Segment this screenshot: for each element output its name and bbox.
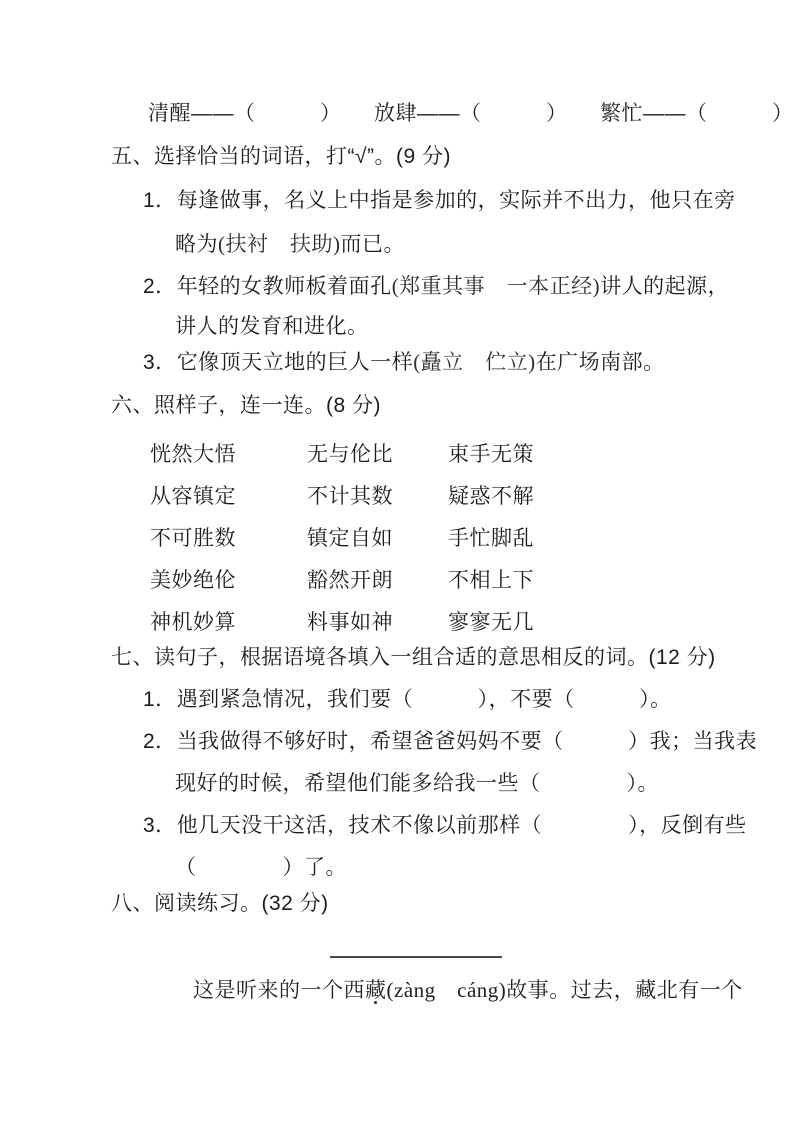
- match-row: 不可胜数 镇定自如 手忙脚乱: [150, 522, 650, 548]
- match-word: 不计其数: [307, 480, 393, 510]
- section8-heading: 八、阅读练习。(32 分): [111, 891, 329, 917]
- match-word: 束手无策: [448, 438, 534, 468]
- match-word: 不相上下: [448, 564, 534, 594]
- match-word: 无与伦比: [307, 438, 393, 468]
- match-word: 料事如神: [307, 606, 393, 636]
- item-number: 2．: [143, 729, 177, 755]
- item-text: 当我做得不够好时，希望爸爸妈妈不要（ ）我；当我表: [177, 730, 758, 753]
- match-word: 豁然开朗: [307, 564, 393, 594]
- match-word: 镇定自如: [307, 522, 393, 552]
- match-row: 美妙绝伦 豁然开朗 不相上下: [150, 564, 650, 590]
- section5-heading: 五、选择恰当的词语，打“√”。(9 分): [111, 144, 451, 170]
- item-text: 每逢做事，名义上中指是参加的，实际并不出力，他只在旁: [177, 189, 736, 212]
- item-text: 略为: [175, 233, 218, 256]
- item-number: 1．: [143, 188, 177, 214]
- item-text: 它像顶天立地的巨人一样: [177, 351, 414, 374]
- item-text: （ ）了。: [175, 856, 347, 879]
- item-number: 1．: [143, 687, 177, 713]
- section7-item2-line1: 2．当我做得不够好时，希望爸爸妈妈不要（ ）我；当我表: [143, 729, 757, 755]
- section6-heading: 六、照样子，连一连。(8 分): [111, 393, 381, 419]
- match-word: 恍然大悟: [150, 438, 236, 468]
- passage-title-blank-line: [330, 956, 502, 958]
- synonym-antonym-fill-line: 清醒——（ ） 放肆——（ ） 繁忙——（ ）: [148, 101, 793, 127]
- match-word: 从容镇定: [150, 480, 236, 510]
- word-choice-options: (郑重其事 一本正经): [392, 274, 601, 298]
- word-choice-options: (扶衬 扶助): [218, 232, 341, 256]
- pinyin-choice: (zàng cáng): [387, 978, 507, 1002]
- section5-item2-line2: 讲人的发育和进化。: [175, 314, 369, 340]
- section7-heading: 七、读句子，根据语境各填入一组合适的意思相反的词。(12 分): [111, 645, 716, 671]
- section7-item1-line: 1．遇到紧急情况，我们要（ ），不要（ ）。: [143, 687, 672, 713]
- item-text: 讲人的起源，: [600, 275, 729, 298]
- passage-text: 这是听来的一个西: [193, 978, 365, 1002]
- match-word: 不可胜数: [150, 522, 236, 552]
- item-text: 现好的时候，希望他们能多给我一些（ ）。: [175, 772, 659, 795]
- section5-item1-line1: 1．每逢做事，名义上中指是参加的，实际并不出力，他只在旁: [143, 188, 736, 214]
- item-text: 讲人的发育和进化。: [175, 315, 369, 338]
- word-choice-options: (矗立 伫立): [413, 350, 536, 374]
- section7-item3-line2: （ ）了。: [175, 855, 347, 881]
- item-number: 3．: [143, 350, 177, 376]
- item-text: 而已。: [341, 233, 406, 256]
- section5-item3-line: 3．它像顶天立地的巨人一样(矗立 伫立)在广场南部。: [143, 349, 665, 376]
- section5-item1-line2: 略为(扶衬 扶助)而已。: [175, 231, 405, 258]
- section7-item3-line1: 3．他几天没干这活，技术不像以前那样（ ），反倒有些: [143, 813, 747, 839]
- match-word: 美妙绝伦: [150, 564, 236, 594]
- match-row: 恍然大悟 无与伦比 束手无策: [150, 438, 650, 464]
- match-word: 疑惑不解: [448, 480, 534, 510]
- worksheet-page: 清醒——（ ） 放肆——（ ） 繁忙——（ ） 五、选择恰当的词语，打“√”。(…: [0, 0, 793, 1122]
- item-text: 在广场南部。: [536, 351, 665, 374]
- match-row: 从容镇定 不计其数 疑惑不解: [150, 480, 650, 506]
- passage-text: 故事。过去，藏北有一个: [506, 978, 743, 1002]
- match-word: 手忙脚乱: [448, 522, 534, 552]
- item-text: 遇到紧急情况，我们要（ ），不要（ ）。: [177, 688, 672, 711]
- item-number: 3．: [143, 813, 177, 839]
- item-text: 年轻的女教师板着面孔: [177, 275, 392, 298]
- item-text: 他几天没干这活，技术不像以前那样（ ），反倒有些: [177, 814, 747, 837]
- passage-first-line: 这是听来的一个西藏(zàng cáng)故事。过去，藏北有一个: [193, 977, 743, 1003]
- emphasized-character: 藏: [365, 977, 387, 1003]
- item-number: 2．: [143, 274, 177, 300]
- match-word: 寥寥无几: [448, 606, 534, 636]
- section7-item2-line2: 现好的时候，希望他们能多给我一些（ ）。: [175, 771, 659, 797]
- section5-item2-line1: 2．年轻的女教师板着面孔(郑重其事 一本正经)讲人的起源，: [143, 273, 729, 300]
- match-word: 神机妙算: [150, 606, 236, 636]
- match-row: 神机妙算 料事如神 寥寥无几: [150, 606, 650, 632]
